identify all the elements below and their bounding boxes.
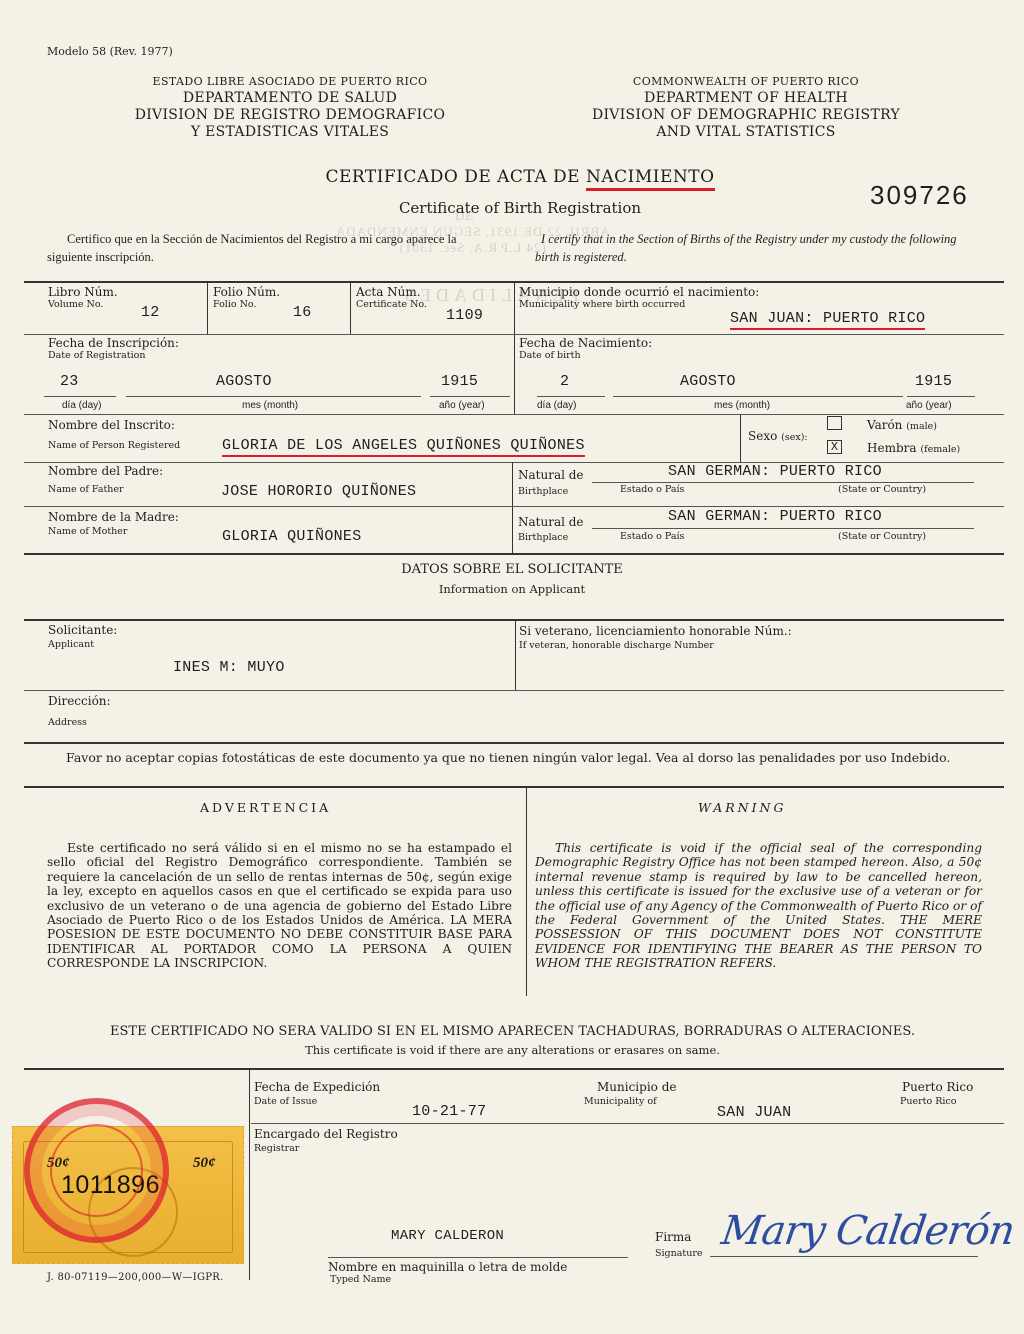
- sex-label-es: Sexo: [748, 429, 777, 443]
- municipality-label-es: Municipio donde ocurrió el nacimiento:: [519, 286, 759, 299]
- header-spanish: ESTADO LIBRE ASOCIADO DE PUERTO RICO DEP…: [110, 73, 470, 141]
- male-checkbox[interactable]: [827, 416, 842, 430]
- mother-birthplace-label-en: Birthplace: [518, 532, 568, 543]
- header-en-line1: COMMONWEALTH OF PUERTO RICO: [566, 73, 926, 90]
- underline: [592, 482, 974, 483]
- applicant-label-en: Applicant: [48, 639, 94, 650]
- title-es-highlight: NACIMIENTO: [586, 167, 715, 191]
- veteran-label-es: Si veterano, licenciamiento honorable Nú…: [519, 625, 792, 638]
- mother-value: GLORIA QUIÑONES: [222, 528, 362, 545]
- father-state-label-es: Estado o País: [620, 484, 684, 495]
- underline: [907, 396, 975, 397]
- certificate-field: Acta Núm. Certificate No.: [356, 286, 427, 310]
- form-model: Modelo 58 (Rev. 1977): [47, 45, 173, 58]
- header-en-line2: DEPARTMENT OF HEALTH: [566, 90, 926, 107]
- municipality-field: Municipio donde ocurrió el nacimiento: M…: [519, 286, 759, 310]
- divider: [207, 283, 208, 334]
- mother-state-label-es: Estado o País: [620, 531, 684, 542]
- header-es-line4: Y ESTADISTICAS VITALES: [110, 124, 470, 141]
- registrar-typed-name: MARY CALDERON: [391, 1228, 504, 1244]
- father-birthplace-label-es: Natural de: [518, 469, 584, 482]
- divider: [526, 788, 527, 996]
- registered-person-label-es: Nombre del Inscrito:: [48, 419, 175, 432]
- applicant-section-title-es: DATOS SOBRE EL SOLICITANTE: [262, 563, 762, 576]
- typed-name-label-en: Typed Name: [330, 1274, 391, 1285]
- mother-birthplace-label-es: Natural de: [518, 516, 584, 529]
- registration-year-label: año (year): [439, 400, 485, 411]
- title-es-prefix: CERTIFICADO DE ACTA DE: [325, 167, 580, 187]
- municipality-value: SAN JUAN: PUERTO RICO: [730, 310, 925, 330]
- void-notice-en: This certificate is void if there are an…: [30, 1045, 995, 1056]
- registration-day-label: día (day): [62, 400, 101, 411]
- divider: [350, 283, 351, 334]
- certify-spanish: Certifico que en la Sección de Nacimient…: [47, 230, 502, 266]
- header-en-line4: AND VITAL STATISTICS: [566, 124, 926, 141]
- birth-date-label-es: Fecha de Nacimiento:: [519, 337, 652, 350]
- divider: [251, 1123, 1004, 1124]
- header-es-line1: ESTADO LIBRE ASOCIADO DE PUERTO RICO: [110, 73, 470, 90]
- female-label: Hembra (female): [867, 442, 960, 455]
- veteran-value[interactable]: [600, 660, 980, 680]
- divider: [249, 1070, 250, 1280]
- volume-field: Libro Núm. Volume No.: [48, 286, 118, 310]
- divider: [24, 553, 1004, 555]
- birth-day: 2: [560, 373, 569, 390]
- birth-year-label: año (year): [906, 400, 952, 411]
- header-en-line3: DIVISION OF DEMOGRAPHIC REGISTRY: [566, 107, 926, 124]
- registrar-label-en: Registrar: [254, 1143, 299, 1154]
- municipality-value-wrap: SAN JUAN: PUERTO RICO: [730, 310, 925, 327]
- father-value: JOSE HORORIO QUIÑONES: [221, 483, 416, 500]
- address-value[interactable]: [140, 705, 980, 725]
- divider: [24, 786, 1004, 788]
- title-english: Certificate of Birth Registration: [230, 199, 810, 217]
- divider: [24, 506, 1004, 507]
- veteran-label-en: If veteran, honorable discharge Number: [519, 640, 714, 651]
- warning-text-en: This certificate is void if the official…: [535, 841, 982, 971]
- address-label-es: Dirección:: [48, 695, 111, 708]
- typed-name-label-es: Nombre en maquinilla o letra de molde: [328, 1261, 567, 1274]
- volume-value: 12: [141, 304, 160, 321]
- mother-state-label-en: (State or Country): [838, 531, 926, 542]
- underline: [592, 528, 974, 529]
- divider: [24, 1068, 1004, 1070]
- divider: [512, 462, 513, 554]
- warning-title-es: ADVERTENCIA: [200, 800, 331, 815]
- certificate-value: 1109: [446, 307, 483, 324]
- signature-line: [710, 1256, 978, 1257]
- stamp-value-right: 50¢: [193, 1155, 216, 1172]
- applicant-section-title-en: Information on Applicant: [262, 584, 762, 595]
- issue-date-value: 10-21-77: [412, 1103, 486, 1120]
- issue-municipality-label-en: Municipality of: [584, 1096, 657, 1107]
- registration-month: AGOSTO: [216, 373, 272, 390]
- registration-date-label-en: Date of Registration: [48, 350, 179, 361]
- header-english: COMMONWEALTH OF PUERTO RICO DEPARTMENT O…: [566, 73, 926, 141]
- warning-title-en: WARNING: [698, 800, 786, 815]
- sex-label: Sexo (sex):: [748, 430, 808, 443]
- municipality-label-en: Municipality where birth occurred: [519, 299, 759, 310]
- underline: [430, 396, 510, 397]
- birth-day-label: día (day): [537, 400, 576, 411]
- folio-label-en: Folio No.: [213, 299, 280, 310]
- female-label-en: (female): [920, 444, 960, 455]
- female-checkbox[interactable]: X: [827, 440, 842, 454]
- issue-municipality-value: SAN JUAN: [717, 1104, 791, 1121]
- divider: [514, 283, 515, 414]
- header-es-line2: DEPARTAMENTO DE SALUD: [110, 90, 470, 107]
- mother-label-es: Nombre de la Madre:: [48, 511, 179, 524]
- volume-label-es: Libro Núm.: [48, 286, 118, 299]
- registered-person-value-wrap: GLORIA DE LOS ANGELES QUIÑONES QUIÑONES: [222, 437, 585, 454]
- issue-municipality-label-es: Municipio de: [597, 1081, 676, 1094]
- male-label: Varón (male): [867, 419, 937, 432]
- registered-person-label-en: Name of Person Registered: [48, 440, 180, 451]
- signature-label-es: Firma: [655, 1231, 691, 1244]
- divider: [24, 690, 1004, 691]
- photocopy-notice: Favor no aceptar copias fotostáticas de …: [66, 750, 966, 766]
- divider: [24, 742, 1004, 744]
- header-es-line3: DIVISION DE REGISTRO DEMOGRAFICO: [110, 107, 470, 124]
- registration-day: 23: [60, 373, 79, 390]
- applicant-value[interactable]: INES M: MUYO: [173, 659, 285, 676]
- registrar-signature: Mary Calderón: [719, 1208, 1017, 1254]
- birth-month: AGOSTO: [680, 373, 736, 390]
- underline: [613, 396, 903, 397]
- print-code: J. 80-07119—200,000—W—IGPR.: [47, 1272, 224, 1283]
- registration-year: 1915: [441, 373, 478, 390]
- father-label-es: Nombre del Padre:: [48, 465, 163, 478]
- signature-label-en: Signature: [655, 1248, 703, 1259]
- underline: [126, 396, 421, 397]
- typed-name-line: [328, 1257, 628, 1258]
- female-label-es: Hembra: [867, 441, 917, 455]
- underline: [537, 396, 605, 397]
- department-seal-icon: [24, 1098, 169, 1243]
- registered-person-value: GLORIA DE LOS ANGELES QUIÑONES QUIÑONES: [222, 437, 585, 457]
- birth-date-label-en: Date of birth: [519, 350, 652, 361]
- issue-date-label-es: Fecha de Expedición: [254, 1081, 380, 1094]
- warning-text-es: Este certificado no será válido si en el…: [47, 841, 512, 971]
- folio-label-es: Folio Núm.: [213, 286, 280, 299]
- seal-inner-ring: [50, 1124, 143, 1217]
- title-spanish: CERTIFICADO DE ACTA DE NACIMIENTO: [200, 167, 840, 187]
- registration-date-field: Fecha de Inscripción: Date of Registrati…: [48, 337, 179, 361]
- certificate-number: 309726: [870, 180, 969, 211]
- volume-label-en: Volume No.: [48, 299, 118, 310]
- sex-label-en: (sex):: [781, 432, 807, 443]
- male-label-es: Varón: [867, 418, 902, 432]
- issue-country-label-en: Puerto Rico: [900, 1096, 956, 1107]
- certificate-label-es: Acta Núm.: [356, 286, 427, 299]
- divider: [24, 334, 1004, 335]
- registrar-label-es: Encargado del Registro: [254, 1128, 398, 1141]
- issue-date-label-en: Date of Issue: [254, 1096, 317, 1107]
- father-label-en: Name of Father: [48, 484, 124, 495]
- divider: [740, 414, 741, 462]
- birth-date-field: Fecha de Nacimiento: Date of birth: [519, 337, 652, 361]
- folio-value: 16: [293, 304, 312, 321]
- birth-month-label: mes (month): [714, 400, 770, 411]
- father-state-label-en: (State or Country): [838, 484, 926, 495]
- father-birthplace-value: SAN GERMAN: PUERTO RICO: [668, 463, 882, 480]
- male-label-en: (male): [906, 421, 937, 432]
- underline: [44, 396, 116, 397]
- folio-field: Folio Núm. Folio No.: [213, 286, 280, 310]
- divider: [515, 621, 516, 690]
- divider: [24, 619, 1004, 621]
- void-notice-es: ESTE CERTIFICADO NO SERA VALIDO SI EN EL…: [30, 1025, 995, 1038]
- certificate-label-en: Certificate No.: [356, 299, 427, 310]
- divider: [24, 414, 1004, 415]
- mother-birthplace-value: SAN GERMAN: PUERTO RICO: [668, 508, 882, 525]
- address-label-en: Address: [48, 717, 87, 728]
- birth-year: 1915: [915, 373, 952, 390]
- mother-label-en: Name of Mother: [48, 526, 127, 537]
- registration-date-label-es: Fecha de Inscripción:: [48, 337, 179, 350]
- registration-month-label: mes (month): [242, 400, 298, 411]
- certify-english: I certify that in the Section of Births …: [535, 230, 983, 266]
- applicant-label-es: Solicitante:: [48, 624, 117, 637]
- father-birthplace-label-en: Birthplace: [518, 486, 568, 497]
- issue-country-label-es: Puerto Rico: [902, 1081, 973, 1094]
